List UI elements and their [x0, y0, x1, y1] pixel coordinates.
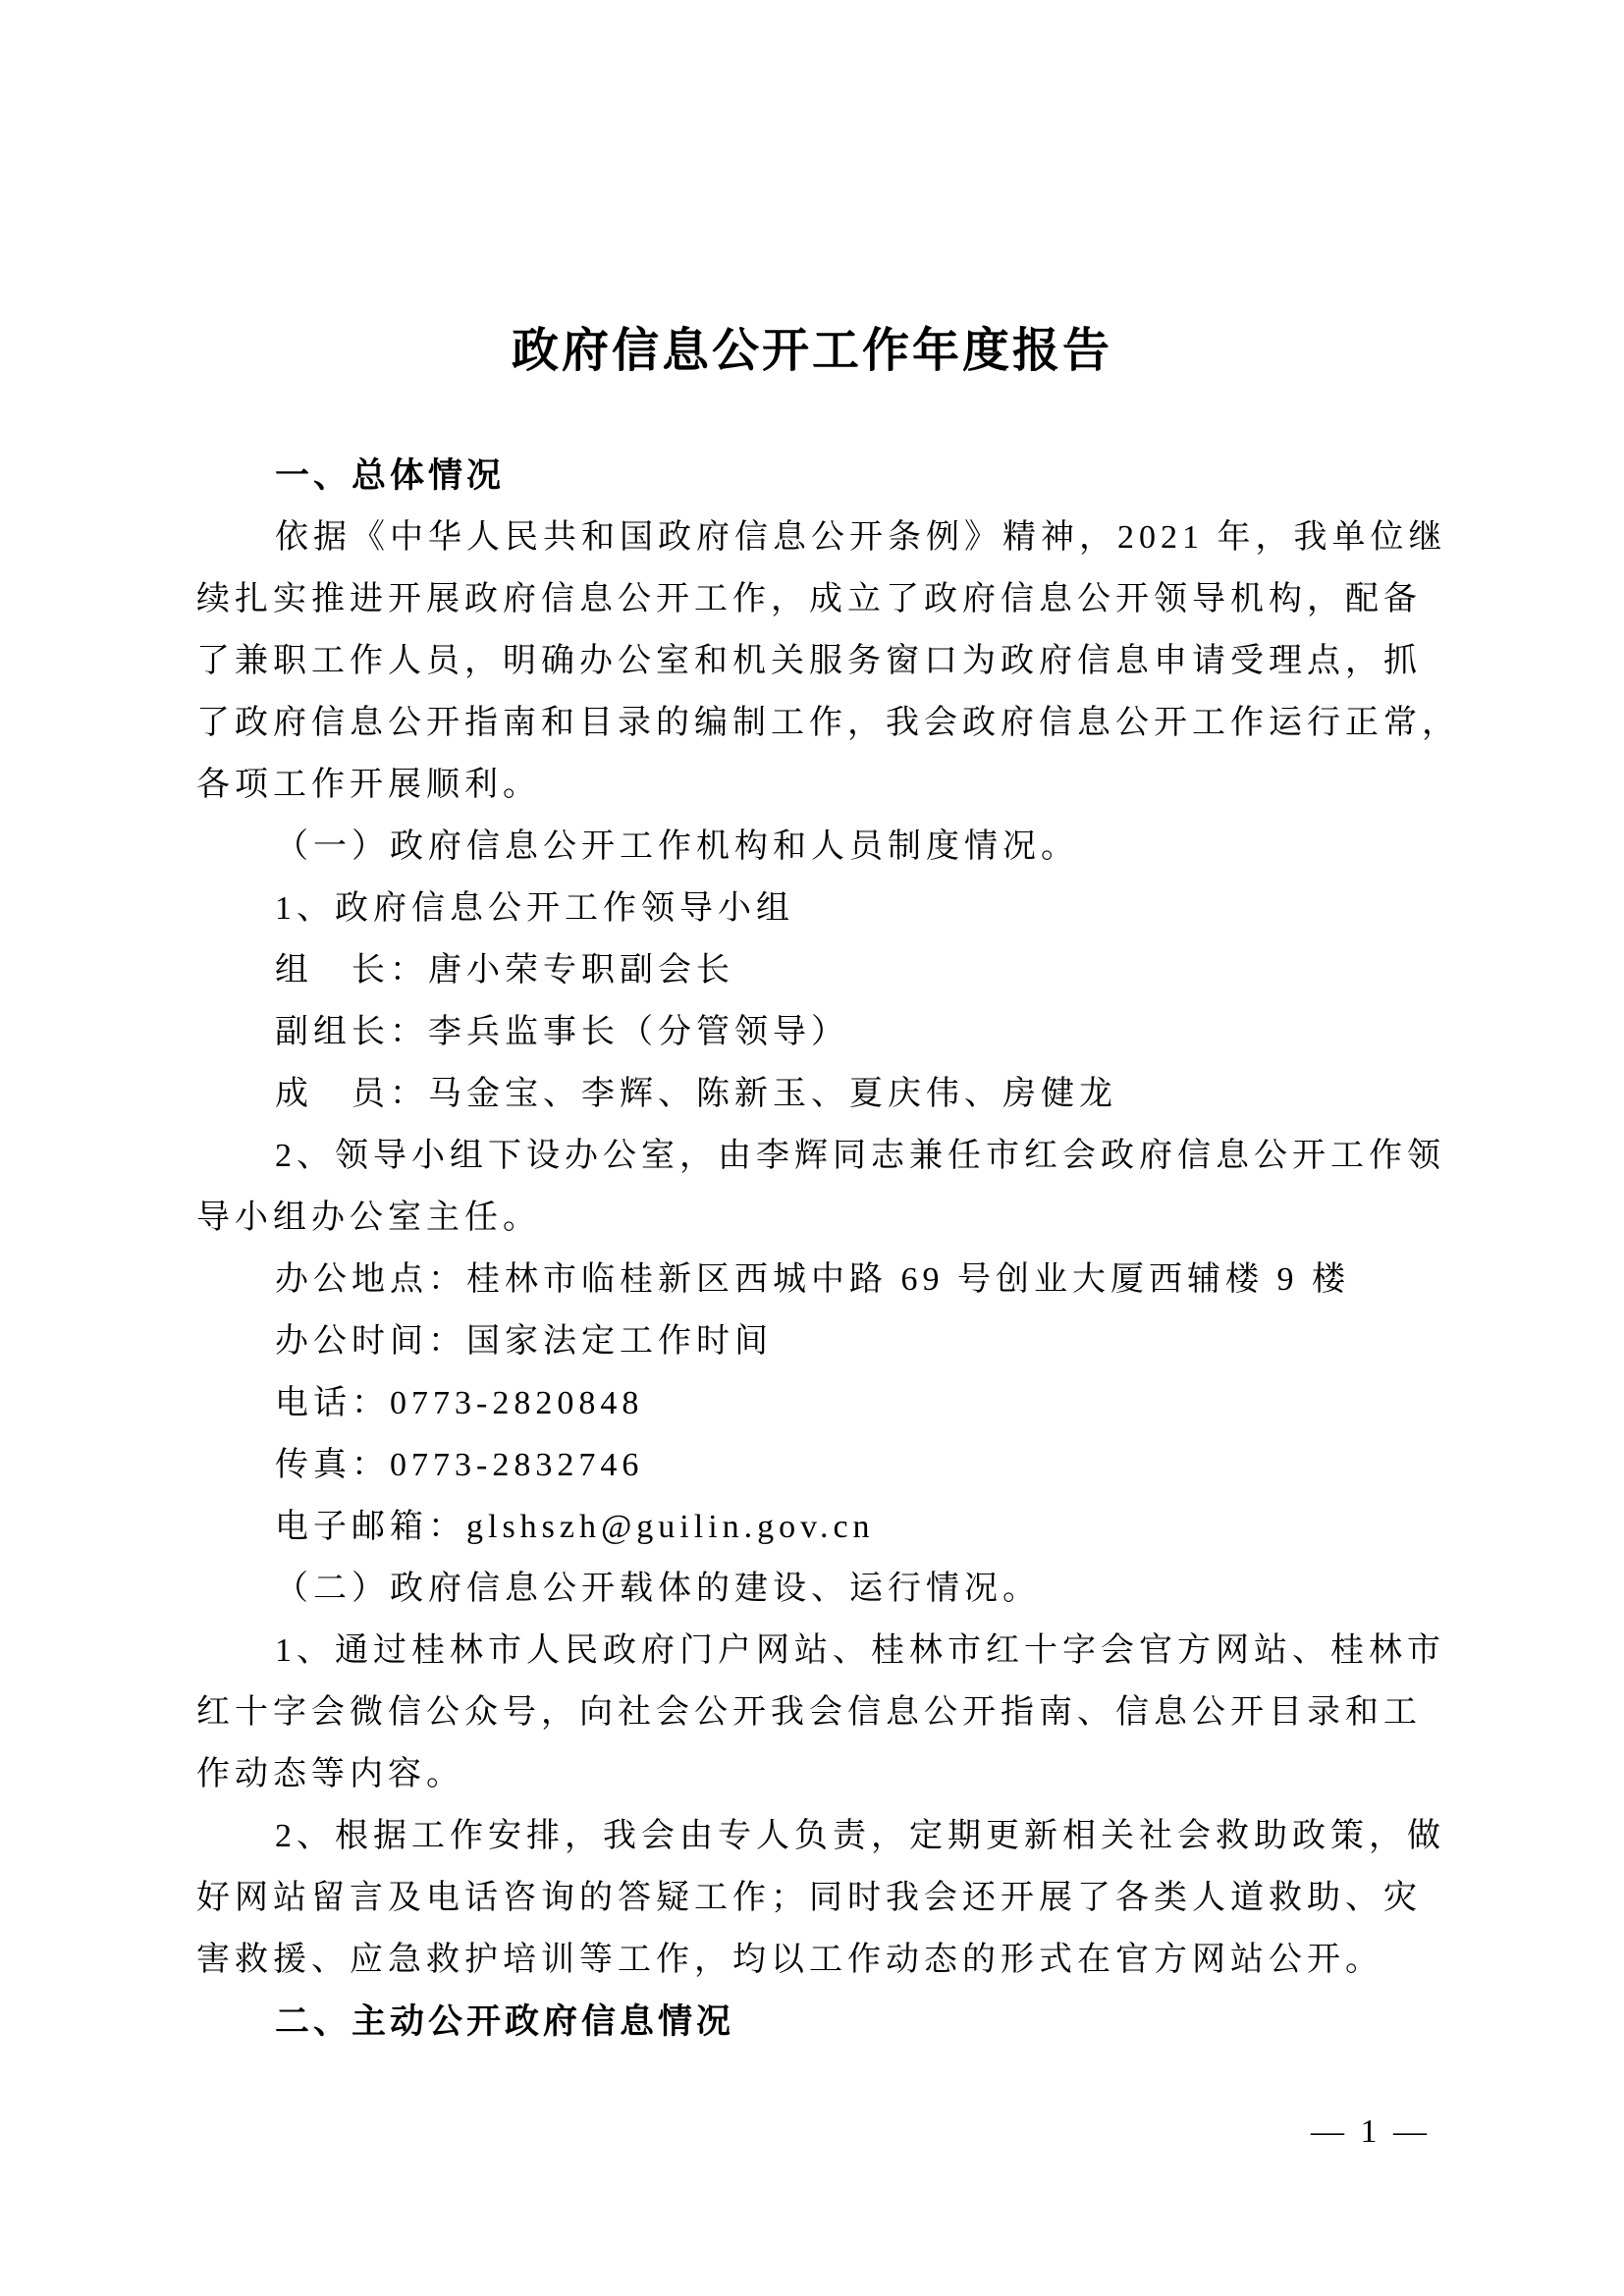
text-line: 2、根据工作安排，我会由专人负责，定期更新相关社会救助政策，做 [196, 1805, 1428, 1867]
text-line: 依据《中华人民共和国政府信息公开条例》精神，2021 年，我单位继 [196, 507, 1428, 568]
text-line: 1、通过桂林市人民政府门户网站、桂林市红十字会官方网站、桂林市 [196, 1620, 1428, 1682]
text-line: 害救援、应急救护培训等工作，均以工作动态的形式在官方网站公开。 [196, 1929, 1428, 1991]
page-number: — 1 — [1311, 2112, 1431, 2152]
text-line: 2、领导小组下设办公室，由李辉同志兼任市红会政府信息公开工作领 [196, 1125, 1428, 1187]
phone-line: 电话：0773-2820848 [196, 1372, 1428, 1434]
deputy-leader-line: 副组长：李兵监事长（分管领导） [196, 1001, 1428, 1063]
text-line: 导小组办公室主任。 [196, 1187, 1428, 1249]
text-line: 各项工作开展顺利。 [196, 754, 1428, 816]
document-body: 一、总体情况 依据《中华人民共和国政府信息公开条例》精神，2021 年，我单位继… [196, 445, 1428, 2053]
text-line: 续扎实推进开展政府信息公开工作，成立了政府信息公开领导机构，配备 [196, 568, 1428, 630]
section-heading-overall-situation: 一、总体情况 [196, 445, 1428, 507]
text-line: 了政府信息公开指南和目录的编制工作，我会政府信息公开工作运行正常， [196, 692, 1428, 754]
text-line: 红十字会微信公众号，向社会公开我会信息公开指南、信息公开目录和工 [196, 1682, 1428, 1743]
document-title: 政府信息公开工作年度报告 [0, 317, 1624, 386]
text-line: 了兼职工作人员，明确办公室和机关服务窗口为政府信息申请受理点，抓 [196, 630, 1428, 692]
document-page: 政府信息公开工作年度报告 一、总体情况 依据《中华人民共和国政府信息公开条例》精… [0, 0, 1624, 2296]
text-line: 作动态等内容。 [196, 1743, 1428, 1805]
leading-group-line: 1、政府信息公开工作领导小组 [196, 878, 1428, 939]
email-line: 电子邮箱：glshszh@guilin.gov.cn [196, 1496, 1428, 1558]
group-leader-line: 组 长：唐小荣专职副会长 [196, 939, 1428, 1001]
fax-line: 传真：0773-2832746 [196, 1434, 1428, 1496]
office-address-line: 办公地点：桂林市临桂新区西城中路 69 号创业大厦西辅楼 9 楼 [196, 1249, 1428, 1310]
subsection-heading-disclosure-carriers: （二）政府信息公开载体的建设、运行情况。 [196, 1558, 1428, 1620]
text-line: 好网站留言及电话咨询的答疑工作；同时我会还开展了各类人道救助、灾 [196, 1867, 1428, 1929]
subsection-heading-org-personnel: （一）政府信息公开工作机构和人员制度情况。 [196, 816, 1428, 878]
section-heading-proactive-disclosure: 二、主动公开政府信息情况 [196, 1991, 1428, 2053]
members-line: 成 员：马金宝、李辉、陈新玉、夏庆伟、房健龙 [196, 1063, 1428, 1125]
office-hours-line: 办公时间：国家法定工作时间 [196, 1310, 1428, 1372]
